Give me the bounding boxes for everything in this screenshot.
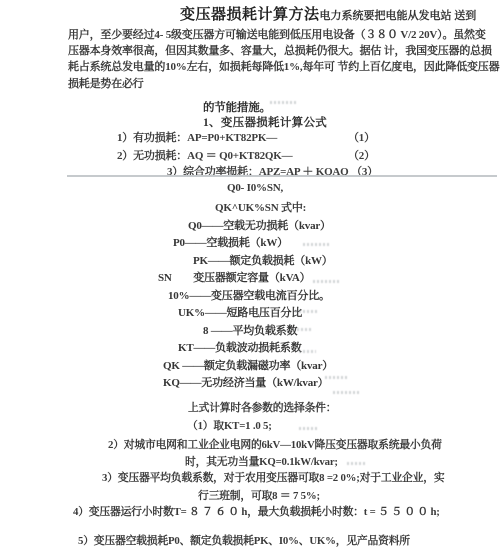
intro-line: 耗占系统总发电量的10%左右，如损耗每降低1%,每年可 节约上百亿度电，因此降低… [68, 58, 499, 74]
symbol-definition: KT——负载波动损耗系数 [178, 339, 302, 355]
watermark-smudge [333, 391, 361, 394]
equation-number-1: （1） [348, 129, 375, 145]
document-page: 变压器损耗计算方法电力系统要把电能从发电站 送到 用户，至少要经过4- 5级变压… [0, 0, 500, 552]
symbol-definition: PK——额定负载损耗（kW） [193, 252, 333, 268]
watermark-smudge [270, 101, 296, 104]
condition-item-5: 5）变压器空载损耗P0、额定负载损耗PK、I0%、UK%，见产品资料所 [78, 533, 410, 548]
title-continuation-text: 电力系统要把电能从发电站 送到 [320, 10, 477, 22]
title-line: 变压器损耗计算方法电力系统要把电能从发电站 送到 [180, 3, 476, 24]
symbol-definition: Q0——空载无功损耗（kvar） [188, 217, 331, 233]
formula-line-2: 2）无功损耗：AQ ＝ Q0+KT82QK— [117, 147, 292, 163]
condition-item-3: 3）变压器平均负载系数，对于农用变压器可取8 =2 0%;对于工业企业，实 [102, 470, 444, 485]
condition-item-2-continued: 时，其无功当量KQ=0.1kW/kvar; [185, 454, 338, 469]
watermark-smudge [325, 376, 349, 379]
symbol-definition: KQ——无功经济当量（kW/kvar） [163, 374, 329, 390]
intro-line: 损耗是势在必行 [68, 75, 144, 91]
equation-number-2: （2） [348, 147, 375, 163]
page-title: 变压器损耗计算方法 [180, 7, 320, 23]
condition-item-2: 2）对城市电网和工业企业电网的6kV—10kV降压变压器取系统最小负荷 [108, 437, 442, 452]
symbol-equation-qk: QK^UK%SN 式中: [215, 199, 306, 215]
condition-item-1: （1）取KT=1 .0 5; [187, 418, 272, 433]
symbol-definition: 10%——变压器空载电流百分比。 [168, 287, 330, 303]
formula-line-1: 1）有功损耗：AP=P0+KT82PK— [117, 129, 277, 145]
intro-line: 压器本身效率很高，但因其数量多、容量大，总损耗仍很大。据估 计，我国变压器的总损 [68, 42, 492, 58]
section-heading: 1、变压器损耗计算公式 [203, 114, 327, 130]
watermark-smudge [293, 328, 313, 331]
symbol-definition: UK%——短路电压百分比 [178, 304, 302, 320]
watermark-smudge [299, 350, 316, 353]
condition-item-4: 4）变压器运行小时数T= ８ ７ ６ ０ h，最大负载损耗小时数：t = ５ ５… [73, 504, 440, 519]
conditions-heading: 上式计算时各参数的选择条件： [188, 400, 336, 415]
symbol-definition: P0——空载损耗（kW） [173, 234, 288, 250]
symbol-definition: SN 变压器额定容量（kVA） [158, 269, 310, 285]
section-subtitle: 的节能措施。 [203, 99, 271, 115]
condition-item-3-continued: 行三班制，可取8 ＝ 7 5%; [198, 488, 320, 503]
intro-line: 用户，至少要经过4- 5级变压器方可输送电能到低压用电设备（３８０ V/2 20… [68, 26, 486, 42]
symbol-equation-q0: Q0- I0%SN, [227, 182, 283, 194]
symbol-definition: QK ——额定负载漏磁功率（kvar） [163, 357, 333, 373]
divider-line [67, 175, 497, 177]
watermark-smudge [299, 427, 319, 430]
watermark-smudge [313, 280, 341, 283]
symbol-definition: 8 ——平均负载系数 [203, 322, 297, 338]
watermark-smudge [295, 310, 319, 313]
watermark-smudge [303, 243, 329, 246]
watermark-smudge [347, 462, 365, 465]
